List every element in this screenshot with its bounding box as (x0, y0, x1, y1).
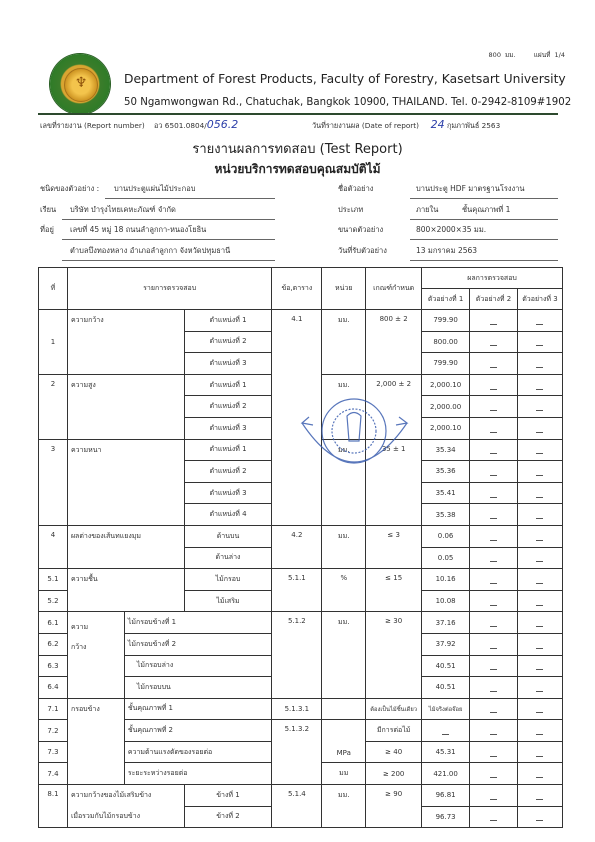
header-unit: หน่วย (322, 268, 366, 310)
header-no: ที่ (39, 268, 68, 310)
report-title: รายงานผลการทดสอบ (Test Report) (0, 138, 595, 159)
category-label: ประเภท (338, 204, 363, 216)
recipient: บริษัท บำรุงไทยเคหะภัณฑ์ จำกัด (70, 204, 176, 216)
report-number: เลขที่รายงาน (Report number) อว 6501.080… (40, 118, 238, 132)
handwritten-day: 24 (431, 118, 445, 131)
table-row: 8.1 ความกว้างของไม้เสริมข้าง ข้างที่ 1 5… (39, 785, 563, 807)
seal-icon: ♆ (65, 75, 97, 91)
header-sample-1: ตัวอย่างที่ 1 (422, 289, 470, 310)
header-results: ผลการตรวจสอบ (422, 268, 563, 289)
page-number: แผ่นที่ 1/4 (534, 51, 565, 59)
size-label: ขนาดตัวอย่าง (338, 224, 383, 236)
handwritten-number: 056.2 (207, 118, 239, 131)
table-row: 1 ความกว้าง ตำแหน่งที่ 1 4.1 มม. 800 ± 2… (39, 310, 563, 332)
test-results-table: ที่ รายการตรวจสอบ ข้อ,ตาราง หน่วย เกณฑ์ก… (38, 267, 563, 828)
page-info: 800 มม. แผ่นที่ 1/4 (475, 50, 565, 60)
sample-type-label: ชนิดของตัวอย่าง : (40, 183, 99, 195)
header-divider (38, 113, 558, 115)
table-row: 7.1 กรอบข้าง ชั้นคุณภาพที่ 1 5.1.3.1 ต้อ… (39, 698, 563, 720)
received-label: วันที่รับตัวอย่าง (338, 245, 387, 257)
report-date: วันที่รายงานผล (Date of report) 24 กุมภา… (312, 118, 500, 132)
department-name: Department of Forest Products, Faculty o… (124, 72, 566, 86)
table-row: 4 ผลต่างของเส้นทแยงมุม ด้านบน 4.2 มม. ≤ … (39, 525, 563, 547)
department-address: 50 Ngamwongwan Rd., Chatuchak, Bangkok 1… (124, 97, 571, 108)
header-sample-2: ตัวอย่างที่ 2 (470, 289, 518, 310)
sample-type: บานประตูแผ่นไม้ประกอบ (114, 183, 195, 195)
address-line-2: ตำบลบึงทองหลาง อำเภอลำลูกกา จังหวัดปทุมธ… (70, 245, 230, 257)
header-sample-3: ตัวอย่างที่ 3 (517, 289, 562, 310)
category: ภายใน (416, 204, 438, 216)
address-label: ที่อยู่ (40, 224, 54, 236)
header-criteria: เกณฑ์กำหนด (366, 268, 422, 310)
size-note: 800 มม. (489, 51, 516, 59)
received-date: 13 มกราคม 2563 (416, 245, 477, 257)
sample-name-label: ชื่อตัวอย่าง (338, 183, 373, 195)
grade: ชั้นคุณภาพที่ 1 (462, 204, 510, 216)
to-label: เรียน (40, 204, 56, 216)
header-item: รายการตรวจสอบ (67, 268, 271, 310)
university-logo: ♆ (50, 54, 110, 114)
table-row: 5.1 ความชื้น ไม้กรอบ 5.1.1 % ≤ 15 10.16 (39, 569, 563, 591)
address-line-1: เลขที่ 45 หมู่ 18 ถนนลำลูกกา-หนองโยธิน (70, 224, 206, 236)
header-clause: ข้อ,ตาราง (272, 268, 322, 310)
table-row: 6.1 ความกว้าง ไม้กรอบข้างที่ 1 5.1.2 มม.… (39, 612, 563, 634)
report-subtitle: หน่วยบริการทดสอบคุณสมบัติไม้ (0, 160, 595, 179)
sample-name: บานประตู HDF มาตรฐานโรงงาน (416, 183, 525, 195)
sample-size: 800×2000×35 มม. (416, 224, 486, 236)
official-stamp-icon (297, 391, 412, 481)
